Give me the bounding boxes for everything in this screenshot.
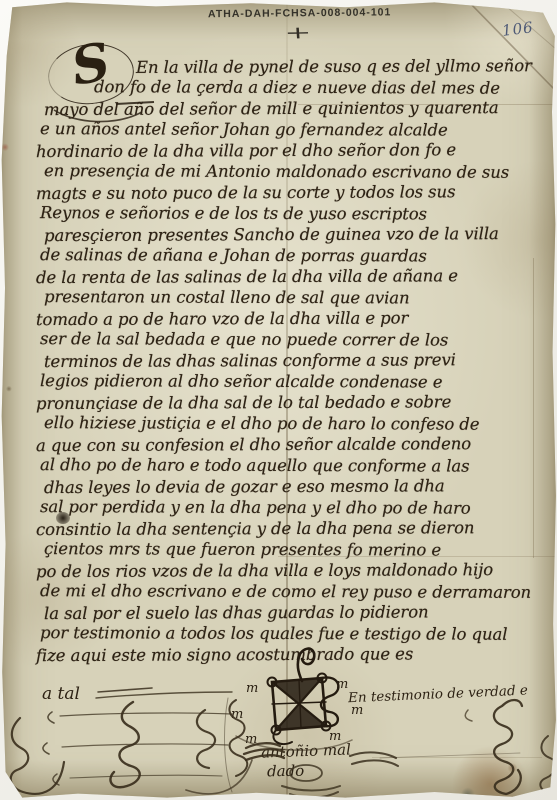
manuscript-line: por testimonio a todos los quales fue e … [40,622,541,645]
manuscript-line: e un años antel señor Johan go fernandez… [40,118,541,141]
manuscript-line: hordinario de la dha villa por el dho se… [36,139,541,162]
sign-mark: m [351,703,363,718]
manuscript-text: En la villa de pynel de suso q es del yl… [36,56,541,665]
sign-mark: m [245,732,257,747]
sign-mark: m [336,677,348,692]
manuscript-line: pronunçiase de la dha sal de lo tal beda… [36,391,541,414]
manuscript-line: ello hiziese justiçia e el dho po de har… [44,412,541,435]
manuscript-line: dhas leyes lo devia de gozar e eso mesmo… [44,475,541,498]
cross-mark: + [284,23,312,43]
manuscript-line: de salinas de añana e Johan de porras gu… [40,244,541,267]
manuscript-line: presentaron un costal lleno de sal que a… [44,286,541,309]
manuscript-line: magts e su noto puco de la su corte y to… [36,181,541,204]
blank-ruled-line [70,775,222,778]
folio-number: 106 [501,18,535,40]
horizontal-crease [372,757,542,758]
manuscript-line: en presençia de mi Antonio maldonado esc… [44,160,541,183]
manuscript-line: consintio la dha sentençia y de la dha p… [36,517,541,540]
manuscript-line: de la renta de las salinas de la dha vil… [36,265,541,288]
sign-mark: m [246,681,258,696]
manuscript-line: don fo de la çerda a diez e nueve dias d… [94,76,541,99]
blank-ruled-line [60,713,232,716]
blank-ruled-line [62,744,228,747]
notary-signature: dado [267,762,304,781]
manuscript-page: ATHA-DAH-FCHSA-008-004-101 + 106 S En la… [0,0,557,800]
manuscript-line: la sal por el suelo las dhas guardas lo … [44,601,541,624]
archive-reference-label: ATHA-DAH-FCHSA-008-004-101 [208,6,448,21]
manuscript-line: de mi el dho escrivano e de como el rey … [40,580,541,603]
manuscript-line: tomado a po de haro vzo de la dha villa … [36,307,541,330]
manuscript-line: legios pidieron al dho señor alcalde con… [40,370,541,393]
manuscript-line: paresçieron presentes Sancho de guinea v… [44,223,541,246]
closing-word: a tal [42,684,80,704]
manuscript-line: mayo del año del señor de mill e quinien… [44,97,541,120]
manuscript-line: Reynos e señorios e de los ts de yuso es… [40,202,541,225]
manuscript-line: fize aqui este mio signo acostumbrado qu… [36,643,541,666]
sign-mark: m [231,707,243,722]
manuscript-line: al dho po de haro e todo aquello que con… [40,454,541,477]
manuscript-line: terminos de las dhas salinas conforme a … [44,349,541,372]
ink-blot [56,512,70,524]
manuscript-line: ser de la sal bedada e que no puede corr… [40,328,541,351]
manuscript-line: po de los rios vzos de la dha villa e lo… [36,559,541,582]
manuscript-line: sal por perdida y en la dha pena y el dh… [40,496,541,519]
notary-signature: antoñio mal [261,740,351,761]
manuscript-line: a que con su confesion el dho señor alca… [36,433,541,456]
attestation-text: En testimonio de verdad e [348,682,545,707]
manuscript-line: En la villa de pynel de suso q es del yl… [136,55,541,78]
manuscript-line: çientos mrs ts que fueron presentes fo m… [44,538,541,561]
photograph-background: ATHA-DAH-FCHSA-008-004-101 + 106 S En la… [0,0,557,800]
